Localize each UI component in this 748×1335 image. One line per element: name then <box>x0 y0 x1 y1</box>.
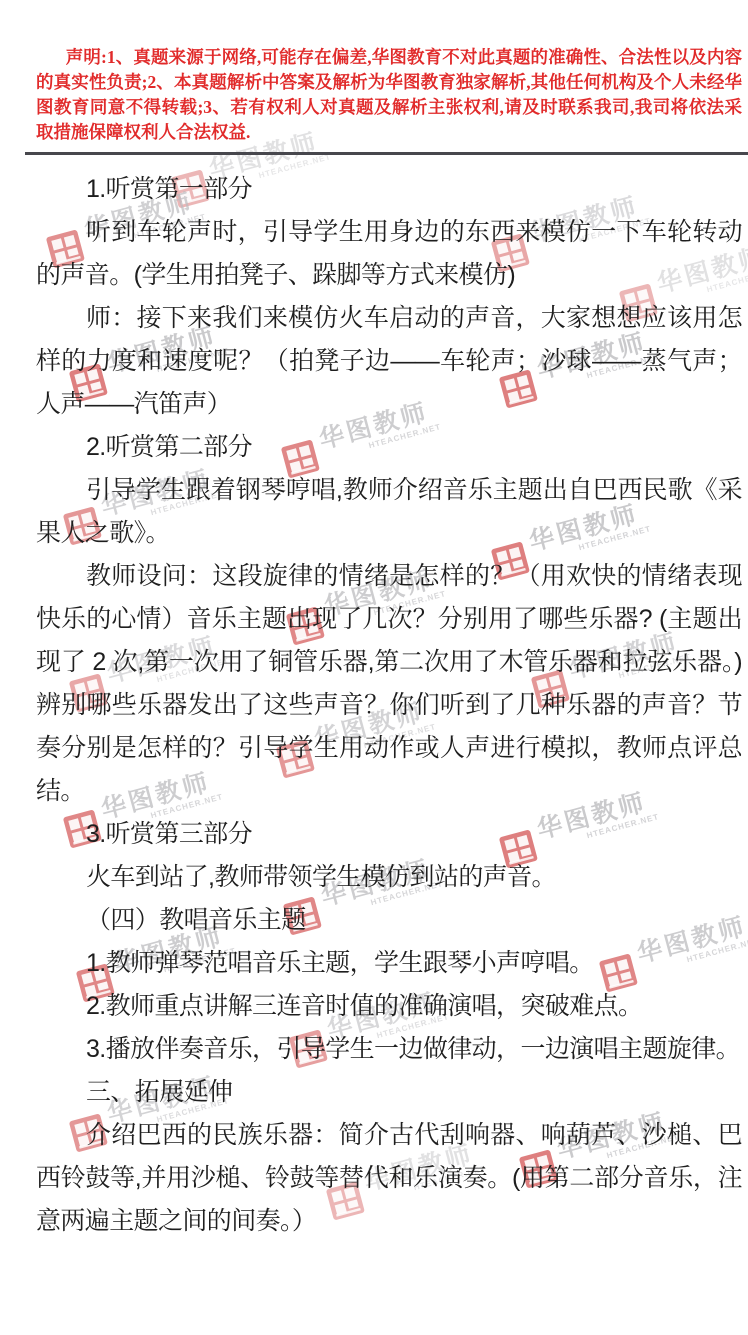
disclaimer-text: 1、真题来源于网络,可能存在偏差,华图教育不对此真题的准确性、合法性以及内容 <box>107 47 742 67</box>
paragraph: 2.教师重点讲解三连音时值的准确演唱，突破难点。 <box>36 985 742 1028</box>
text-line: 果人之歌》。 <box>36 512 742 555</box>
disclaimer-text: 取措施保障权利人合法权益. <box>36 122 250 142</box>
disclaimer-line: 声明:1、真题来源于网络,可能存在偏差,华图教育不对此真题的准确性、合法性以及内… <box>36 45 742 70</box>
text-line: 三、拓展延伸 <box>36 1071 742 1114</box>
text-line: 现了 2 次,第一次用了铜管乐器,第二次用了木管乐器和拉弦乐器。) <box>36 641 742 684</box>
paragraph: （四）教唱音乐主题 <box>36 899 742 942</box>
text-line: 火车到站了,教师带领学生模仿到站的声音。 <box>36 856 742 899</box>
disclaimer-text: 图教育同意不得转载;3、若有权利人对真题及解析主张权利,请及时联系我司,我司将依… <box>36 97 742 117</box>
paragraph: 师：接下来我们来模仿火车启动的声音，大家想想应该用怎样的力度和速度呢？（拍凳子边… <box>36 297 742 426</box>
paragraph: 3.听赏第三部分 <box>36 813 742 856</box>
section-divider <box>25 152 748 155</box>
text-line: 结。 <box>36 770 742 813</box>
disclaimer-text: 的真实性负责;2、本真题解析中答案及解析为华图教育独家解析,其他任何机构及个人未… <box>36 72 742 92</box>
text-line: 2.听赏第二部分 <box>36 426 742 469</box>
disclaimer-label: 声明: <box>66 47 107 67</box>
paragraph: 3.播放伴奏音乐，引导学生一边做律动，一边演唱主题旋律。 <box>36 1028 742 1071</box>
paragraph: 1.听赏第一部分 <box>36 168 742 211</box>
text-line: 人声——汽笛声） <box>36 383 742 426</box>
text-line: 2.教师重点讲解三连音时值的准确演唱，突破难点。 <box>36 985 742 1028</box>
paragraph: 引导学生跟着钢琴哼唱,教师介绍音乐主题出自巴西民歌《采果人之歌》。 <box>36 469 742 555</box>
disclaimer-line: 的真实性负责;2、本真题解析中答案及解析为华图教育独家解析,其他任何机构及个人未… <box>36 70 742 95</box>
text-line: 快乐的心情）音乐主题出现了几次？分别用了哪些乐器? (主题出 <box>36 598 742 641</box>
document-page: 华图教师 HTEACHER.NET 华图教师 HTEACHER.NET <box>0 0 748 1335</box>
paragraph: 介绍巴西的民族乐器：简介古代刮响器、响葫芦、沙槌、巴西铃鼓等,并用沙槌、铃鼓等替… <box>36 1114 742 1243</box>
disclaimer-line: 取措施保障权利人合法权益. <box>36 120 742 145</box>
text-line: 奏分别是怎样的？引导学生用动作或人声进行模拟，教师点评总 <box>36 727 742 770</box>
text-line: 介绍巴西的民族乐器：简介古代刮响器、响葫芦、沙槌、巴 <box>36 1114 742 1157</box>
paragraph: 教师设问：这段旋律的情绪是怎样的？（用欢快的情绪表现快乐的心情）音乐主题出现了几… <box>36 555 742 813</box>
paragraph: 听到车轮声时，引导学生用身边的东西来模仿一下车轮转动的声音。(学生用拍凳子、跺脚… <box>36 211 742 297</box>
text-line: 师：接下来我们来模仿火车启动的声音，大家想想应该用怎 <box>36 297 742 340</box>
text-line: 3.播放伴奏音乐，引导学生一边做律动，一边演唱主题旋律。 <box>36 1028 742 1071</box>
text-line: 1.听赏第一部分 <box>36 168 742 211</box>
lesson-plan-text: 1.听赏第一部分听到车轮声时，引导学生用身边的东西来模仿一下车轮转动的声音。(学… <box>36 168 742 1243</box>
paragraph: 1.教师弹琴范唱音乐主题，学生跟琴小声哼唱。 <box>36 942 742 985</box>
text-line: 辨别哪些乐器发出了这些声音？你们听到了几种乐器的声音？节 <box>36 684 742 727</box>
text-line: 1.教师弹琴范唱音乐主题，学生跟琴小声哼唱。 <box>36 942 742 985</box>
paragraph: 火车到站了,教师带领学生模仿到站的声音。 <box>36 856 742 899</box>
document-content: 声明:1、真题来源于网络,可能存在偏差,华图教育不对此真题的准确性、合法性以及内… <box>0 0 748 1243</box>
text-line: 3.听赏第三部分 <box>36 813 742 856</box>
disclaimer-line: 图教育同意不得转载;3、若有权利人对真题及解析主张权利,请及时联系我司,我司将依… <box>36 95 742 120</box>
text-line: 教师设问：这段旋律的情绪是怎样的？（用欢快的情绪表现 <box>36 555 742 598</box>
disclaimer: 声明:1、真题来源于网络,可能存在偏差,华图教育不对此真题的准确性、合法性以及内… <box>36 45 742 145</box>
text-line: 引导学生跟着钢琴哼唱,教师介绍音乐主题出自巴西民歌《采 <box>36 469 742 512</box>
paragraph: 三、拓展延伸 <box>36 1071 742 1114</box>
text-line: （四）教唱音乐主题 <box>36 899 742 942</box>
text-line: 西铃鼓等,并用沙槌、铃鼓等替代和乐演奏。(用第二部分音乐，注 <box>36 1157 742 1200</box>
paragraph: 2.听赏第二部分 <box>36 426 742 469</box>
text-line: 的声音。(学生用拍凳子、跺脚等方式来模仿) <box>36 254 742 297</box>
text-line: 样的力度和速度呢？（拍凳子边——车轮声；沙球——蒸气声； <box>36 340 742 383</box>
text-line: 意两遍主题之间的间奏。） <box>36 1200 742 1243</box>
text-line: 听到车轮声时，引导学生用身边的东西来模仿一下车轮转动 <box>36 211 742 254</box>
